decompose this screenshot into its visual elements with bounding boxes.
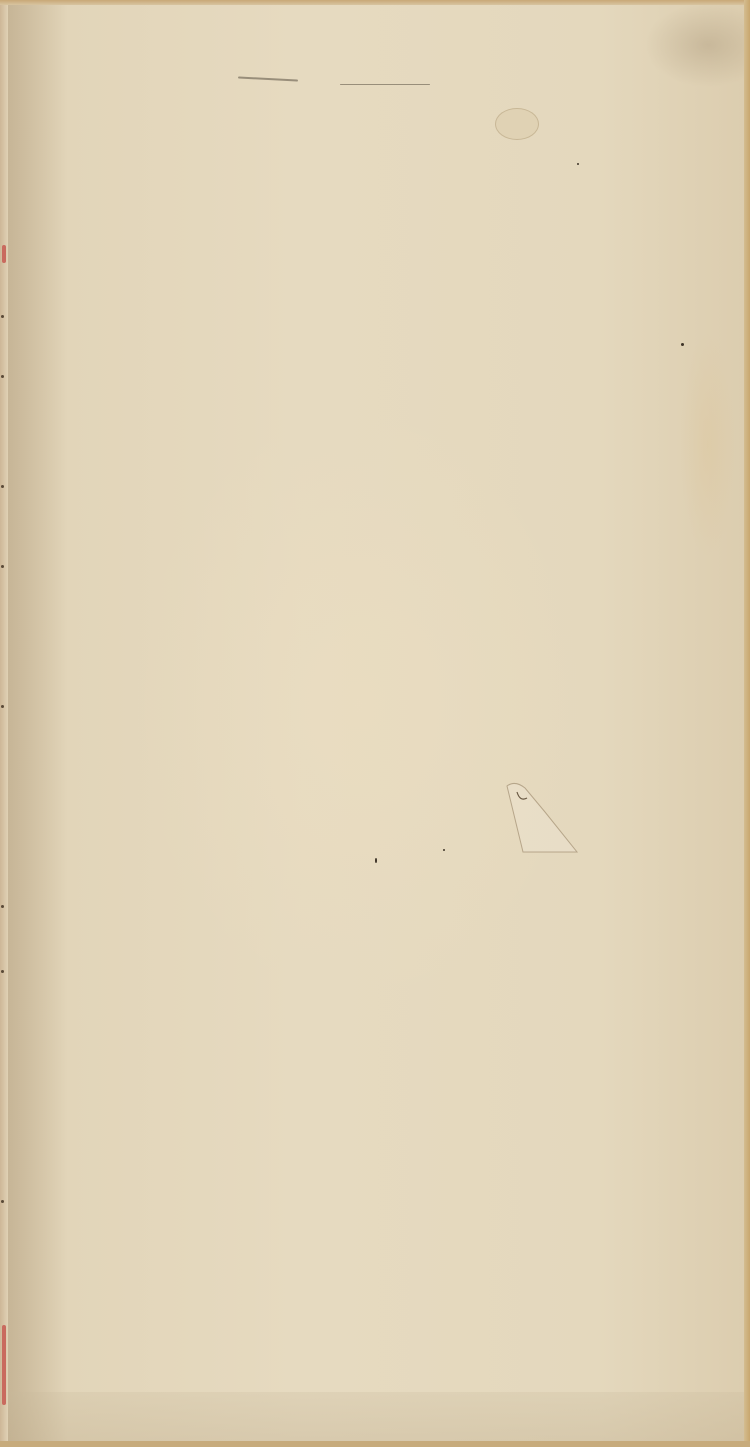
ink-dot [1, 315, 4, 318]
ink-dot [1, 485, 4, 488]
bottom-mount-band [8, 1392, 744, 1441]
speck [681, 343, 684, 346]
gutter-shadow [8, 5, 68, 1441]
ink-dot [1, 375, 4, 378]
bottom-edge [0, 1441, 750, 1447]
ink-dot [1, 905, 4, 908]
album-leaf [0, 0, 750, 1447]
water-stain [495, 108, 539, 140]
paper-fragment [505, 782, 580, 857]
right-edge [744, 0, 750, 1447]
speck [577, 163, 579, 165]
ink-dot [1, 565, 4, 568]
ink-dot [1, 970, 4, 973]
ink-dot [1, 1200, 4, 1203]
ink-dot [1, 705, 4, 708]
scratch-mark [340, 84, 430, 85]
red-mark [2, 245, 6, 263]
paper-surface [8, 5, 744, 1441]
speck [443, 849, 445, 851]
speck [375, 858, 377, 863]
adjacent-page-strip [0, 5, 8, 1445]
red-mark [2, 1325, 6, 1405]
